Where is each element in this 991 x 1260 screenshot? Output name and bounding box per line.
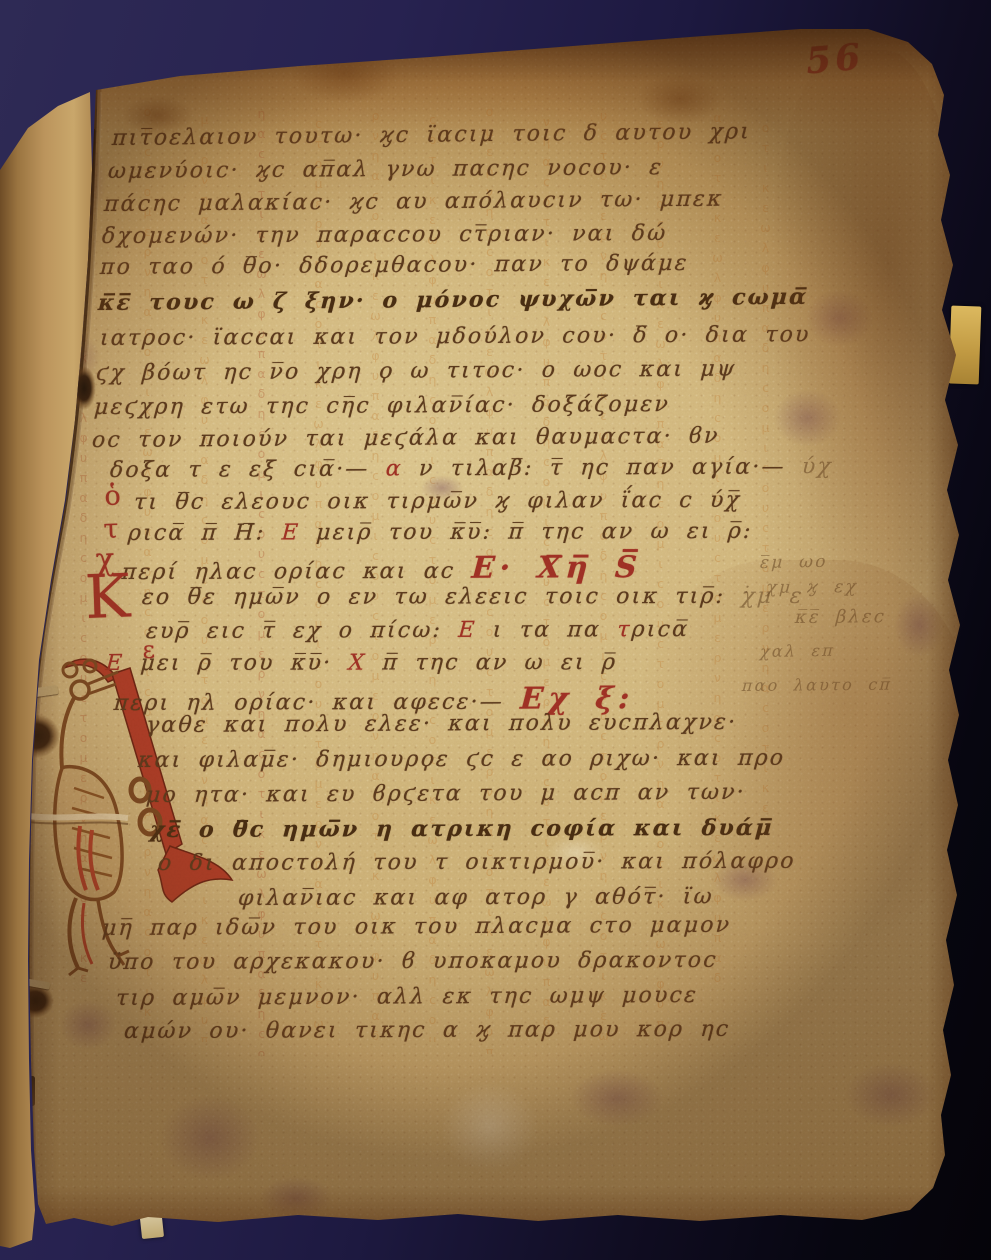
rubric-text: Εχ ξ: xyxy=(519,681,635,716)
parchment-grain xyxy=(0,0,991,1260)
ink-text: ριϲα̅ xyxy=(631,617,690,642)
ink-text: ε̅μ ωο xyxy=(759,552,828,573)
ink-text: ωμενύοιϲ· ϗϲ απ̅αλ γνω παϲηϲ νοϲου· ε xyxy=(107,155,664,184)
ink-text: τι θ̅ϲ ελεουϲ οικ τιρμω̅ν ϗ φιλαν ΐαϲ ϲ … xyxy=(133,488,742,515)
text-line: κ̅ε̅ τουϲ ω ζ ξην· ο μόνοϲ ψυχω̅ν ται ϗ … xyxy=(97,284,809,316)
ink-text: χε̅ ο θ̅ϲ ημω̅ν η ατρικη ϲοφία και δυάμ̅ xyxy=(149,815,774,843)
rubric-text: Ε xyxy=(458,618,478,643)
undertext-column: ουϲτομερνηαϲοτικεωλφυπαδηϲομιϲουϲτομερνη… xyxy=(140,104,155,1044)
ink-text: ϋπο του αρχεκακου· ϐ υποκαμου δρακοντοϲ xyxy=(107,948,718,975)
ink-text: χμ ε xyxy=(724,584,804,609)
stain xyxy=(108,88,208,143)
undertext-column: μερνηαϲοτικεωλφυπαδηϲομιϲουϲτομερνηαϲοτι… xyxy=(197,112,212,1042)
text-line: και φιλαμ̅ε· δημιουρϙε ϛϲ ε αο ριχω· και… xyxy=(137,746,786,773)
ink-text: γαθε και πολυ ελεε· και πολυ ευϲπλαχνε· xyxy=(145,710,738,738)
ink-text: ριϲα̅ π̅ Η̅: xyxy=(127,520,282,546)
ink-text: περί ηλαϲ ορίαϲ και αϲ xyxy=(121,559,472,585)
text-line: ιατροϲ· ϊαϲϲαι και τον μδούλον ϲου· δ̅ ο… xyxy=(99,322,811,351)
ink-text: δοξα τ ε εξ ϲια̅·— xyxy=(109,457,370,483)
rubric-text: Ε xyxy=(281,520,301,545)
stain xyxy=(270,34,420,114)
ink-text: μει ρ̅ του κ̅υ̅· xyxy=(123,651,349,676)
page-vignette xyxy=(0,0,991,1260)
manuscript-page: τομερνηαϲοτικεωλφυπαδηϲομιϲουϲτομερνηαϲο… xyxy=(0,0,991,1260)
ink-text: ϛχ βόωτ ηϲ ν̅ο χρη ϙ ω τιτοϲ· ο ωοϲ και … xyxy=(95,357,737,386)
ink-text: μεϛχρη ετω τηϲ ϲη̅ϲ φιλαν̅ίαϲ· δοξάζομεν xyxy=(93,392,671,420)
rubric-initial: ε xyxy=(142,638,155,662)
ink-text: χαλ επ xyxy=(760,641,836,661)
ink-text: μο ητα· και ευ ϐρϛετα του μ αϲπ αν των· xyxy=(145,780,747,808)
text-line: ϋπο του αρχεκακου· ϐ υποκαμου δρακοντοϲ xyxy=(107,948,718,975)
stain xyxy=(552,1058,682,1138)
undertext-column: ϲοτικεωλφυπαδηϲομιϲουϲτομερνηαϲοτικεωλφυ… xyxy=(425,112,440,1042)
ink-text: τιρ αμω̅ν μεμνον· αλλ εκ τηϲ ωμψ μουϲε xyxy=(115,983,699,1011)
text-line: χαλ επ xyxy=(760,641,836,661)
rubric-initial: ὁ xyxy=(104,482,121,510)
manuscript-text: πιτ̅οελαιον τουτω· ϗϲ ϊαϲιμ τοιϲ δ αυτου… xyxy=(0,0,991,1260)
text-line: μο ητα· και ευ ϐρϛετα του μ αϲπ αν των· xyxy=(145,780,747,808)
text-line: περί ηλαϲ ορίαϲ και αϲ Ε· Χ̅η̅ S̅ xyxy=(121,550,643,587)
ink-text: πο ταο ό θ̅ο· δδορεμθαϲου· παν το δψάμε xyxy=(99,251,689,280)
ink-text: και φιλαμ̅ε· δημιουρϙε ϛϲ ε αο ριχω· και… xyxy=(137,746,786,773)
ink-text: ιατροϲ· ϊαϲϲαι και τον μδούλον ϲου· δ̅ ο… xyxy=(99,322,811,351)
stain xyxy=(760,378,855,458)
rubric-initial: τ xyxy=(103,515,119,543)
rubric-initial: χ xyxy=(95,544,115,576)
undertext-column: ερνηαϲοτικεωλφυπαδηϲομιϲουϲτομερνηαϲοτικ… xyxy=(653,116,668,1026)
edge-discoloration xyxy=(770,50,960,610)
ink-text: ι τα πα xyxy=(476,617,618,642)
ink-text: οϲ τον ποιούν ται μεϛάλα και θαυμαϲτα· ϐ… xyxy=(91,424,720,453)
ink-text: παο λαυτο ϲπ̅ xyxy=(741,675,892,695)
text-line: τιρ αμω̅ν μεμνον· αλλ εκ τηϲ ωμψ μουϲε xyxy=(115,983,699,1011)
text-line: ε̅μ ωο xyxy=(759,552,828,573)
stain xyxy=(700,850,790,910)
edge-discoloration xyxy=(640,560,970,940)
undertext-column: ρνηαϲοτικεωλφυπαδηϲομιϲουϲτομερνηαϲοτικε… xyxy=(368,108,383,1053)
ink-text: φιλαν̅ιαϲ και αφ ατορ γ αθότ̅· ϊω xyxy=(237,884,714,911)
text-line: κ̅ε̅ βλεϲ xyxy=(794,606,886,628)
text-line: ϛχ βόωτ ηϲ ν̅ο χρη ϙ ω τιτοϲ· ο ωοϲ και … xyxy=(95,357,737,386)
stain xyxy=(826,1050,956,1140)
rubric-text: Χ xyxy=(348,651,368,676)
undertext-column: ομερνηαϲοτικεωλφυπαδηϲομιϲουϲτομερνηαϲοτ… xyxy=(482,104,497,1054)
text-line: ο δι αποϲτολή του τ οικτιρμου̅· και πόλα… xyxy=(157,849,796,876)
text-line: μεϛχρη ετω τηϲ ϲη̅ϲ φιλαν̅ίαϲ· δοξάζομεν xyxy=(93,392,671,420)
ink-text: πιτ̅οελαιον τουτω· ϗϲ ϊαϲιμ τοιϲ δ αυτου… xyxy=(111,119,752,151)
undertext-column: ηαϲοτικεωλφυπαδηϲομιϲουϲτομερνηαϲοτικεωλ… xyxy=(254,106,269,1056)
text-line: χε̅ ο θ̅ϲ ημω̅ν η ατρικη ϲοφία και δυάμ̅ xyxy=(149,815,774,843)
folio-number: 56 xyxy=(804,36,866,83)
rubric-text: τ xyxy=(617,617,633,642)
text-line: παο λαυτο ϲπ̅ xyxy=(741,675,892,695)
text-line: εο θ̅ε ημω̅ν ο εν τω ελεειϲ τοιϲ οικ τιρ… xyxy=(141,584,804,610)
text-line: πο ταο ό θ̅ο· δδορεμθαϲου· παν το δψάμε xyxy=(99,251,689,280)
text-line: ευρ̅ ειϲ τ̅ εχ ο πίϲω: Ε ι τα πα τριϲα̅ xyxy=(145,617,690,644)
ink-text: ευρ̅ ειϲ τ̅ εχ ο πίϲω: xyxy=(145,618,459,644)
rubric-text: α xyxy=(385,456,404,481)
ink-text: μειρ̅ του κ̅υ̅: π̅ τηϲ αν ω ει ρ̅: xyxy=(299,519,753,546)
rubric-text: Ε xyxy=(105,651,125,676)
stain xyxy=(412,470,472,506)
ink-text: : χμ ϗ εχ xyxy=(743,577,858,598)
text-line: γαθε και πολυ ελεε· και πολυ ευϲπλαχνε· xyxy=(145,710,738,738)
gutter-tear xyxy=(30,1076,35,1106)
stain xyxy=(884,580,954,670)
parchment-repair-tab xyxy=(949,306,982,385)
text-line: ωμενύοιϲ· ϗϲ απ̅αλ γνω παϲηϲ νοϲου· ε xyxy=(107,155,664,184)
stain xyxy=(420,1062,560,1192)
stain xyxy=(48,990,128,1060)
burnt-right-edge xyxy=(927,0,991,1260)
undertext-column: υϲτομερνηαϲοτικεωλφυπαδηϲομιϲουϲτομερνηα… xyxy=(596,108,611,1048)
text-line: : χμ ϗ εχ xyxy=(743,577,858,598)
rubric-text: Ε· Χ̅η̅ S̅ xyxy=(471,550,643,586)
palimpsest-undertext: τομερνηαϲοτικεωλφυπαδηϲομιϲουϲτομερνηαϲο… xyxy=(0,0,991,1260)
undertext-column: αϲοτικεωλφυπαδηϲομιϲουϲτομερνηαϲοτικεωλφ… xyxy=(710,110,725,990)
rubricated-initials: ὁτχΚε xyxy=(0,0,991,1260)
ink-text: π̅ τηϲ αν ω ει ρ̅ xyxy=(366,650,619,675)
text-line: δχομενών· την παραϲϲου ϲτ̅ριαν· ναι δώ xyxy=(101,221,668,249)
text-line: οϲ τον ποιούν ται μεϛάλα και θαυμαϲτα· ϐ… xyxy=(91,424,720,453)
ink-text: δχομενών· την παραϲϲου ϲτ̅ριαν· ναι δώ xyxy=(101,221,668,249)
text-line: τι θ̅ϲ ελεουϲ οικ τιρμω̅ν ϗ φιλαν ΐαϲ ϲ … xyxy=(133,488,742,515)
stain xyxy=(536,828,616,878)
undertext-column: οτικεωλφυπαδηϲομιϲουϲτομερνηαϲοτικεωλφυπ… xyxy=(758,120,773,820)
ink-text: κ̅ε̅ τουϲ ω ζ ξην· ο μόνοϲ ψυχω̅ν ται ϗ … xyxy=(97,284,809,316)
text-line: πάϲηϲ μαλακίαϲ· ϗϲ αυ απόλαυϲιν τω· μπεκ xyxy=(103,187,724,217)
photograph-background: τομερνηαϲοτικεωλφυπαδηϲομιϲουϲτομερνηαϲο… xyxy=(0,0,991,1260)
zoomorphic-initial-alpha-bird xyxy=(22,648,242,998)
ink-text: ύχ xyxy=(785,454,834,479)
ink-text: κ̅ε̅ βλεϲ xyxy=(794,606,886,628)
text-line: δοξα τ ε εξ ϲια̅·— α ν τιλαβ̅: τ̅ ηϲ παν… xyxy=(109,454,834,483)
ink-text: αμών ου· θανει τικηϲ α ϗ παρ μου κορ ηϲ xyxy=(123,1017,731,1044)
stain xyxy=(140,1078,280,1198)
text-line: περι ηλ ορίαϲ· και αφεϲε·— Εχ ξ: xyxy=(113,681,636,718)
undertext-column: ϲτομερνηαϲοτικεωλφυπαδηϲομιϲουϲτομερνηαϲ… xyxy=(311,116,326,1036)
text-line: αμών ου· θανει τικηϲ α ϗ παρ μου κορ ηϲ xyxy=(123,1017,731,1044)
gutter-crease xyxy=(0,0,991,1260)
undertext-column: νηαϲοτικεωλφυπαδηϲομιϲουϲτομερνηαϲοτικεω… xyxy=(539,114,554,1039)
ink-text: πάϲηϲ μαλακίαϲ· ϗϲ αυ απόλαυϲιν τω· μπεκ xyxy=(103,187,724,217)
stain xyxy=(792,278,887,358)
text-line: πιτ̅οελαιον τουτω· ϗϲ ϊαϲιμ τοιϲ δ αυτου… xyxy=(111,119,752,151)
text-line: ριϲα̅ π̅ Η̅: Ε μειρ̅ του κ̅υ̅: π̅ τηϲ αν… xyxy=(127,519,753,546)
rubric-initial: Κ xyxy=(84,566,131,628)
ink-text xyxy=(369,457,387,482)
ink-text: περι ηλ ορίαϲ· και αφεϲε·— xyxy=(113,690,521,716)
stain xyxy=(620,64,740,134)
stain xyxy=(246,1168,346,1228)
text-line: Ε μει ρ̅ του κ̅υ̅· Χ π̅ τηϲ αν ω ει ρ̅ xyxy=(105,650,618,676)
ink-text: ν τιλαβ̅: τ̅ ηϲ παν αγία·— xyxy=(402,454,787,481)
ink-text: ο δι αποϲτολή του τ οικτιρμου̅· και πόλα… xyxy=(157,849,796,876)
ink-text: εο θ̅ε ημω̅ν ο εν τω ελεειϲ τοιϲ οικ τιρ… xyxy=(141,584,726,610)
text-line: φιλαν̅ιαϲ και αφ ατορ γ αθότ̅· ϊω xyxy=(237,884,714,911)
ink-text: μη̅ παρ ιδω̅ν του οικ του πλαϲμα ϲτο μαμ… xyxy=(101,913,732,941)
text-line: μη̅ παρ ιδω̅ν του οικ του πλαϲμα ϲτο μαμ… xyxy=(101,913,732,941)
